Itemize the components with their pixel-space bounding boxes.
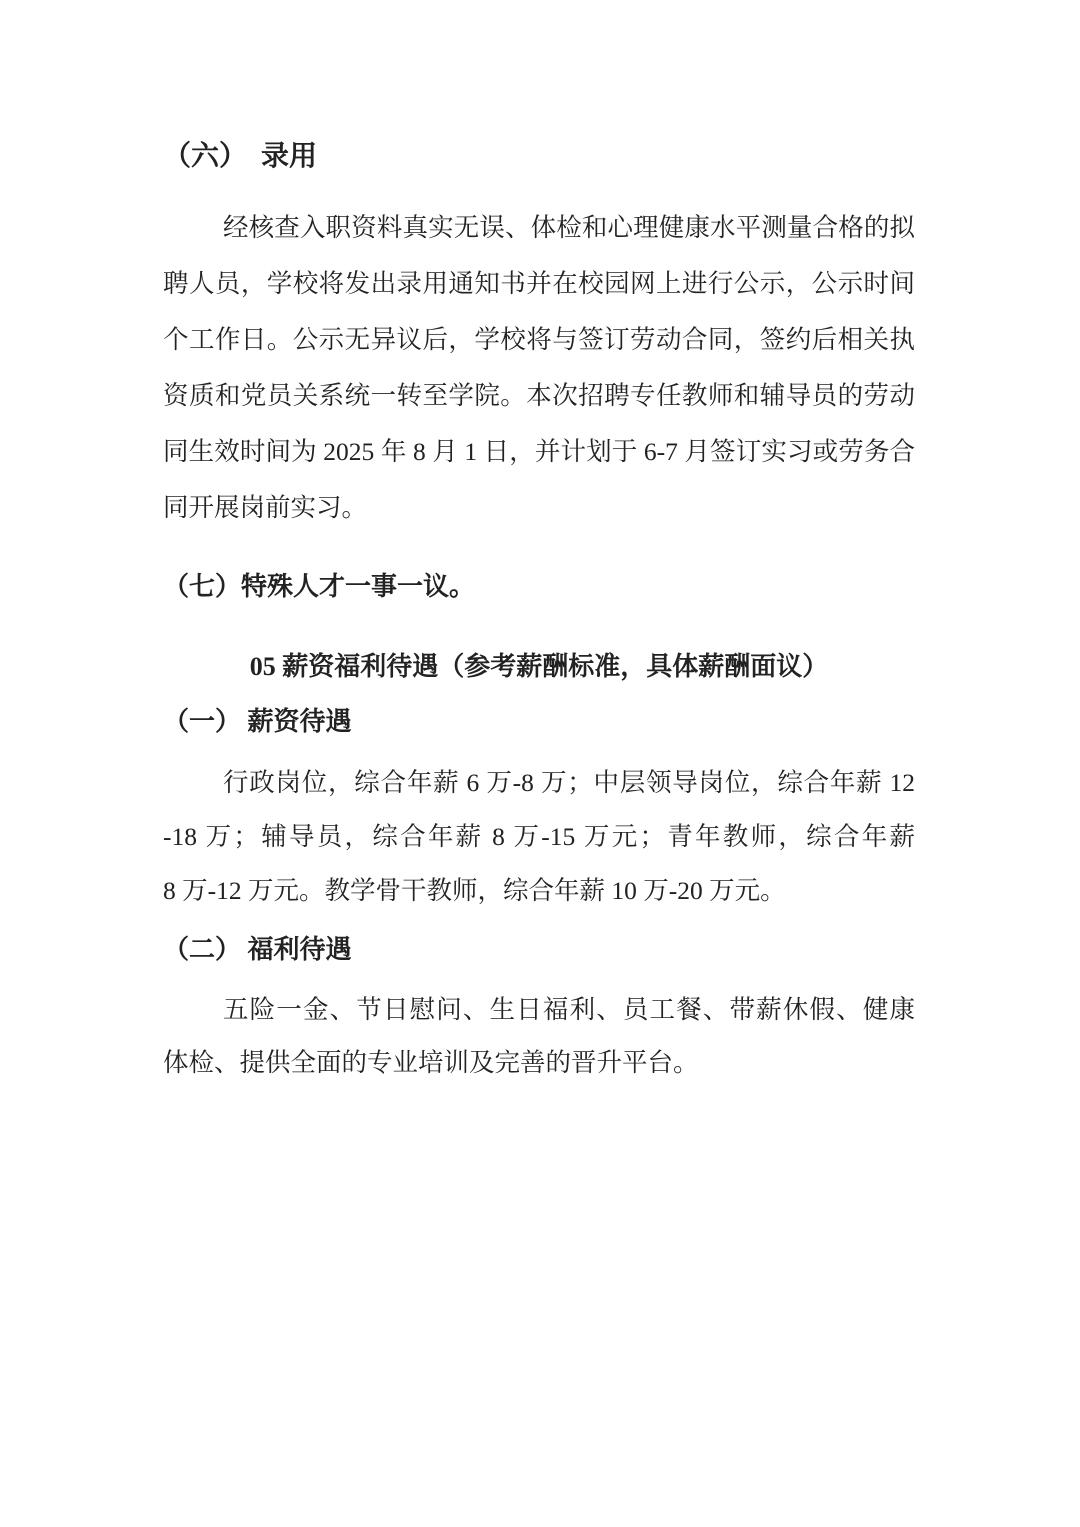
heading-compensation-title: 05 薪资福利待遇（参考薪酬标准，具体薪酬面议）: [163, 649, 915, 685]
para-line: 聘人员，学校将发出录用通知书并在校园网上进行公示，公示时间 5: [163, 256, 915, 312]
heading-special-talent: （七）特殊人才一事一议。: [163, 569, 915, 605]
heading-recruitment: （六） 录用: [163, 140, 915, 174]
para-line: 五险一金、节日慰问、生日福利、员工餐、带薪休假、健康: [163, 983, 915, 1036]
paragraph-salary: 行政岗位，综合年薪 6 万-8 万；中层领导岗位，综合年薪 12 万 -18 万…: [163, 756, 915, 918]
document-content: （六） 录用 经核查入职资料真实无误、体检和心理健康水平测量合格的拟 聘人员，学…: [0, 0, 1080, 1089]
para-line: 同开展岗前实习。: [163, 480, 915, 536]
heading-welfare: （二） 福利待遇: [163, 932, 915, 968]
paragraph-welfare: 五险一金、节日慰问、生日福利、员工餐、带薪休假、健康 体检、提供全面的专业培训及…: [163, 983, 915, 1089]
para-line: 个工作日。公示无异议后，学校将与签订劳动合同，签约后相关执业: [163, 312, 915, 368]
para-line: 8 万-12 万元。教学骨干教师，综合年薪 10 万-20 万元。: [163, 864, 915, 918]
para-line: 资质和党员关系统一转至学院。本次招聘专任教师和辅导员的劳动合: [163, 368, 915, 424]
para-line: 经核查入职资料真实无误、体检和心理健康水平测量合格的拟: [163, 200, 915, 256]
para-line: 体检、提供全面的专业培训及完善的晋升平台。: [163, 1036, 915, 1089]
document-page: （六） 录用 经核查入职资料真实无误、体检和心理健康水平测量合格的拟 聘人员，学…: [0, 0, 1080, 1527]
para-line: -18 万；辅导员，综合年薪 8 万-15 万元；青年教师，综合年薪: [163, 810, 915, 864]
heading-salary: （一） 薪资待遇: [163, 704, 915, 740]
paragraph-recruitment: 经核查入职资料真实无误、体检和心理健康水平测量合格的拟 聘人员，学校将发出录用通…: [163, 200, 915, 536]
para-line: 同生效时间为 2025 年 8 月 1 日，并计划于 6-7 月签订实习或劳务合: [163, 424, 915, 480]
para-line: 行政岗位，综合年薪 6 万-8 万；中层领导岗位，综合年薪 12 万: [163, 756, 915, 810]
